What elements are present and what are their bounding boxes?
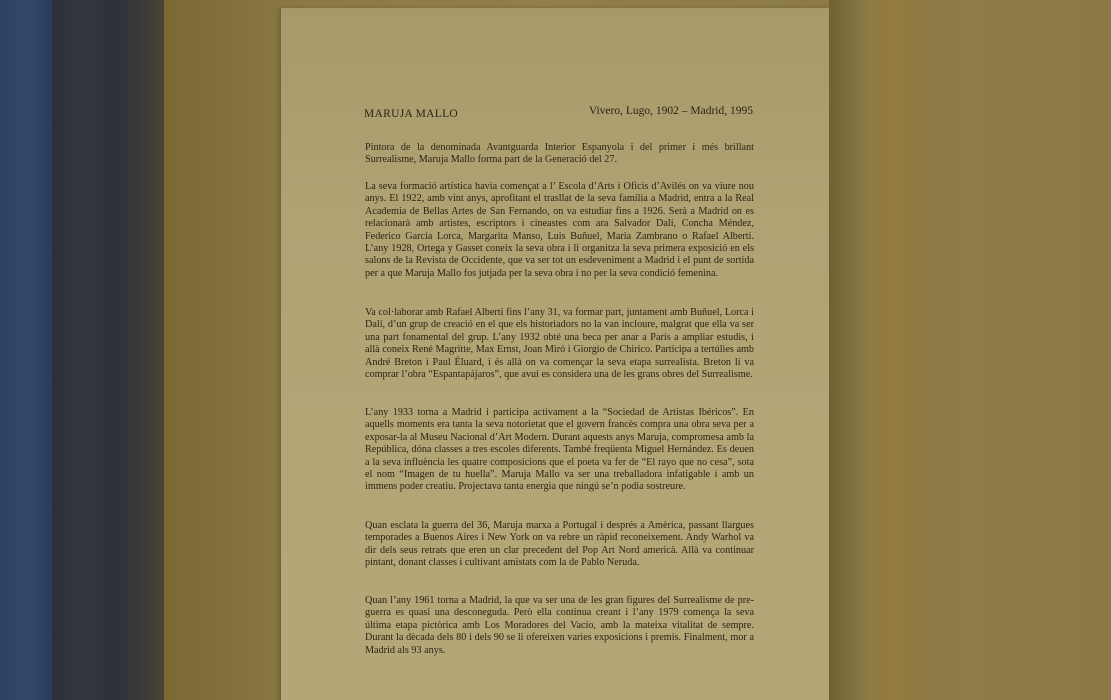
blue-wall-section: [0, 0, 52, 700]
biography-placard: MARUJA MALLO Vivero, Lugo, 1902 – Madrid…: [281, 8, 829, 700]
paragraph-return: Quan l’any 1961 torna a Madrid, la que v…: [365, 595, 754, 657]
paragraph-formation: La seva formació artística havia comença…: [365, 181, 754, 280]
paragraph-1933: L’any 1933 torna a Madrid i participa ac…: [365, 407, 754, 494]
placard-heading: MARUJA MALLO Vivero, Lugo, 1902 – Madrid…: [364, 105, 753, 120]
paragraph-intro: Pintora de la denominada Avantguarda Int…: [365, 142, 754, 167]
artist-dates: Vivero, Lugo, 1902 – Madrid, 1995: [589, 105, 753, 120]
artist-name: MARUJA MALLO: [364, 108, 458, 120]
paragraph-exile: Quan esclata la guerra del 36, Maruja ma…: [365, 520, 754, 570]
dark-frame-edge: [52, 0, 164, 700]
panel-shadow: [829, 0, 869, 700]
paragraph-collaboration: Va col·laborar amb Rafael Alberti fins l…: [365, 307, 754, 381]
